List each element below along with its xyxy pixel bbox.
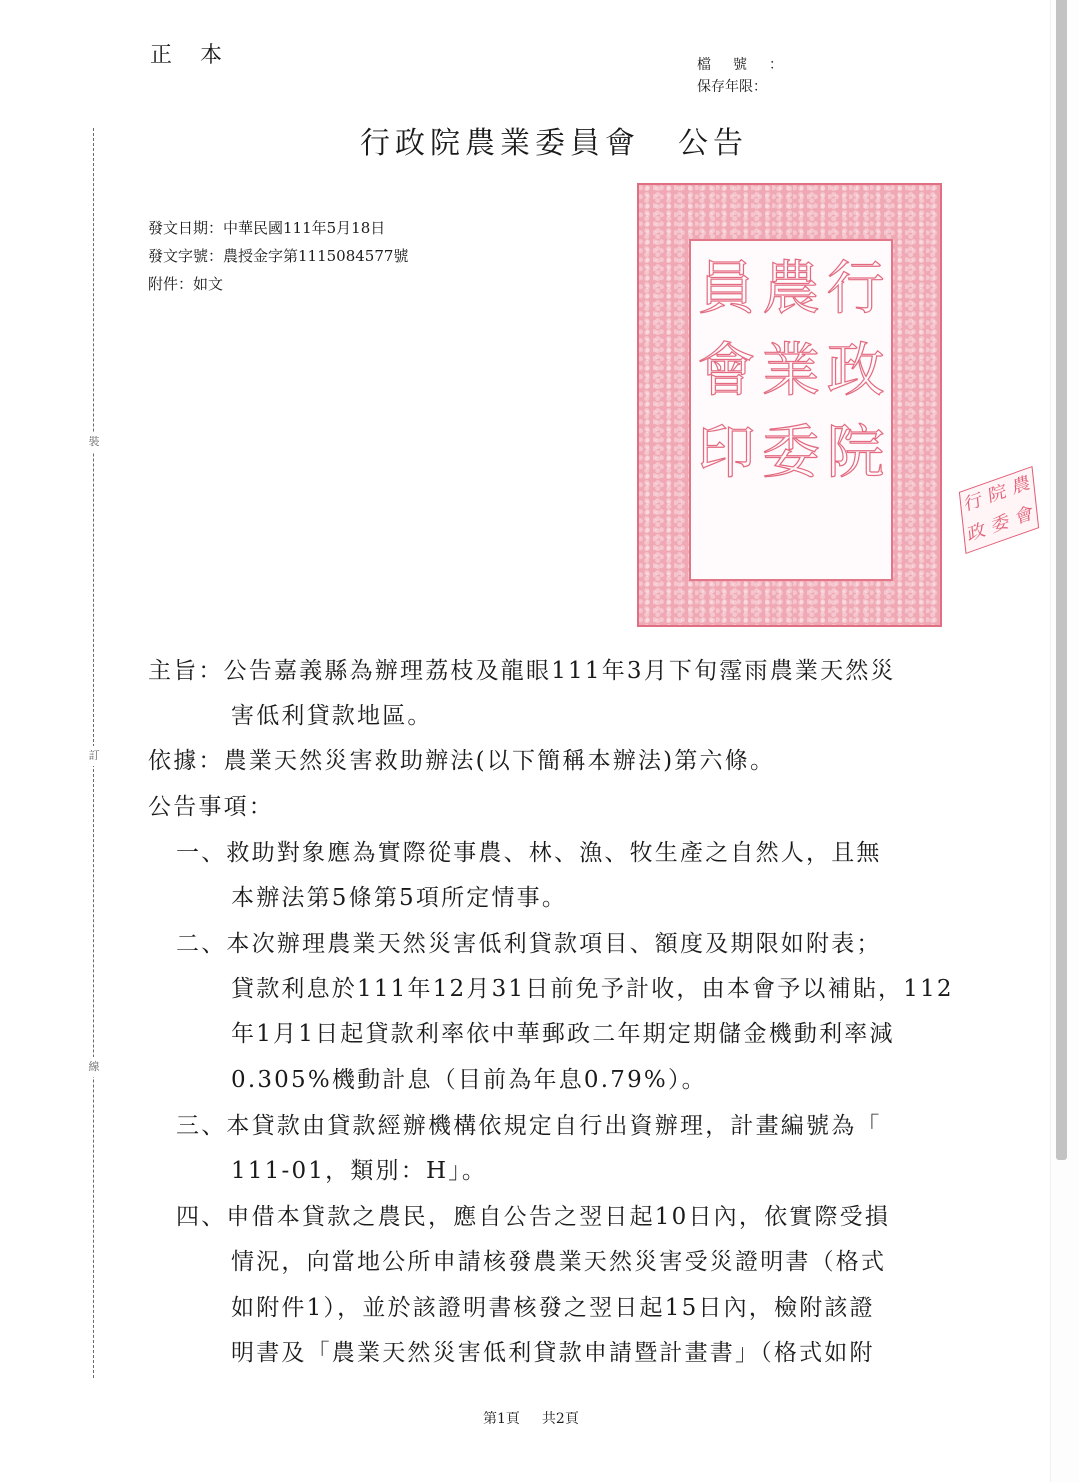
issue-info: 發文日期：中華民國111年5月18日 發文字號：農授金字第1115084577號… [148,214,408,298]
item-4-line-3: 如附件1），並於該證明書核發之翌日起15日內，檢附該證 [231,1289,875,1322]
archive-meta: 檔號： 保存年限： [697,54,805,98]
item-2-line-4: 0.305%機動計息（目前為年息0.79%）。 [231,1061,707,1094]
page-footer: 第1頁共2頁 [483,1408,579,1428]
official-small-seal-stamp: 行 院 農 政 委 會 [959,466,1039,554]
small-seal-glyph: 政 [963,514,990,552]
item-1-line-1: 一、救助對象應為實際從事農、林、漁、牧生產之自然人，且無 [176,834,882,867]
seal-glyph: 印 [695,411,758,491]
seal-inner-frame: 員 農 行 會 業 政 印 委 院 [689,239,893,581]
item-3-line-2: 111-01，類別：H」。 [231,1152,487,1185]
item-4-line-4: 明書及「農業天然災害低利貸款申請暨計畫書」（格式如附 [231,1334,875,1367]
seal-glyph: 行 [824,247,887,327]
title-organization: 行政院農業委員會 [360,126,640,161]
issue-date: 發文日期：中華民國111年5月18日 [148,214,408,242]
item-1-line-2: 本辦法第5條第5項所定情事。 [231,879,567,912]
subject-line-1: 主旨：公告嘉義縣為辦理荔枝及龍眼111年3月下旬霪雨農業天然災 [148,652,896,685]
small-seal-glyph: 委 [987,506,1014,544]
small-seal-glyph: 會 [1011,497,1038,535]
binding-mark-zhuang: 裝 [84,432,104,452]
page-current: 第1頁 [483,1411,520,1427]
seal-glyph: 院 [824,411,887,491]
item-4-line-1: 四、申借本貸款之農民，應自公告之翌日起10日內，依實際受損 [176,1198,890,1231]
retention-period-label: 保存年限： [697,76,767,98]
subject-line-2: 害低利貸款地區。 [231,697,433,730]
item-2-line-2: 貸款利息於111年12月31日前免予計收，由本會予以補貼，112 [231,970,954,1003]
seal-glyph: 業 [760,329,823,409]
issue-number: 發文字號：農授金字第1115084577號 [148,242,408,270]
basis-line: 依據：農業天然災害救助辦法(以下簡稱本辦法)第六條。 [148,742,775,775]
official-seal-stamp: 員 農 行 會 業 政 印 委 院 [637,183,942,627]
seal-glyph: 農 [760,247,823,327]
item-2-line-3: 年1月1日起貸款利率依中華郵政二年期定期儲金機動利率減 [231,1015,895,1048]
document-title: 行政院農業委員會公告 [360,118,748,162]
archive-number-label: 檔號： [697,54,805,76]
seal-glyph: 員 [695,247,758,327]
document-page: 裝 訂 線 正本 檔號： 保存年限： 行政院農業委員會公告 發文日期：中華民國1… [0,0,1050,1482]
attachment-note: 附件：如文 [148,270,408,298]
seal-glyph: 會 [695,329,758,409]
announcement-items-heading: 公告事項： [148,788,274,821]
item-4-line-2: 情況，向當地公所申請核發農業天然災害受災證明書（格式 [231,1243,886,1276]
item-3-line-1: 三、本貸款由貸款經辦機構依規定自行出資辦理，計畫編號為「 [176,1107,882,1140]
item-2-line-1: 二、本次辦理農業天然災害低利貸款項目、額度及期限如附表； [176,925,882,958]
title-doc-type: 公告 [678,126,748,161]
copy-type-label: 正本 [150,38,250,69]
binding-mark-xian: 線 [84,1057,104,1077]
page-total: 共2頁 [542,1411,579,1427]
seal-glyph: 政 [824,329,887,409]
seal-glyph: 委 [760,411,823,491]
vertical-scrollbar-thumb[interactable] [1056,0,1067,1160]
binding-mark-ding: 訂 [84,746,104,766]
